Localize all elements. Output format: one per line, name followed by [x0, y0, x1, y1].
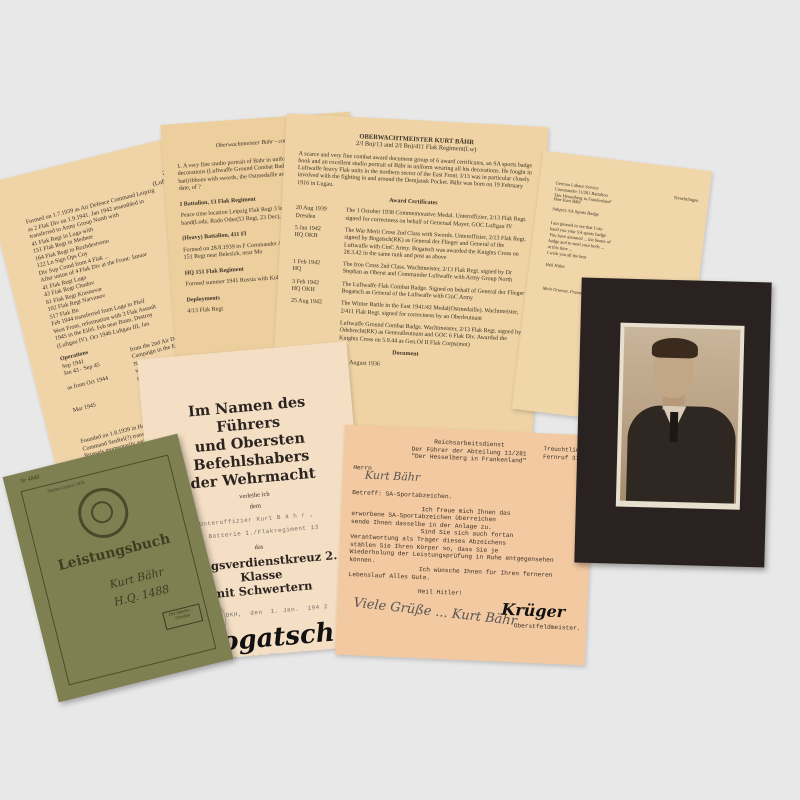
summary-intro: A scarce and very fine combat award docu…: [297, 151, 533, 200]
uniform: [626, 405, 737, 504]
portrait-photo: [616, 323, 745, 510]
certificate-date: 1. Jan.: [270, 606, 299, 615]
award-entries: 20 Aug 1939 DresdenThe 1 October 1938 Co…: [289, 205, 530, 352]
rad-signer-title: Oberstfeldmeister.: [514, 622, 581, 632]
certificate-year: 194 2: [307, 603, 328, 612]
rad-signature: Krüger: [501, 600, 566, 622]
portrait-mount: [574, 278, 771, 568]
rad-body: Ich freue mich Ihnen daserworbene SA-Spo…: [348, 503, 581, 589]
rad-letter: Reichsarbeitsdienst Der Führer der Abtei…: [335, 425, 595, 666]
certificate-den: den: [250, 609, 263, 617]
book-number: Nr 4840: [20, 474, 41, 485]
